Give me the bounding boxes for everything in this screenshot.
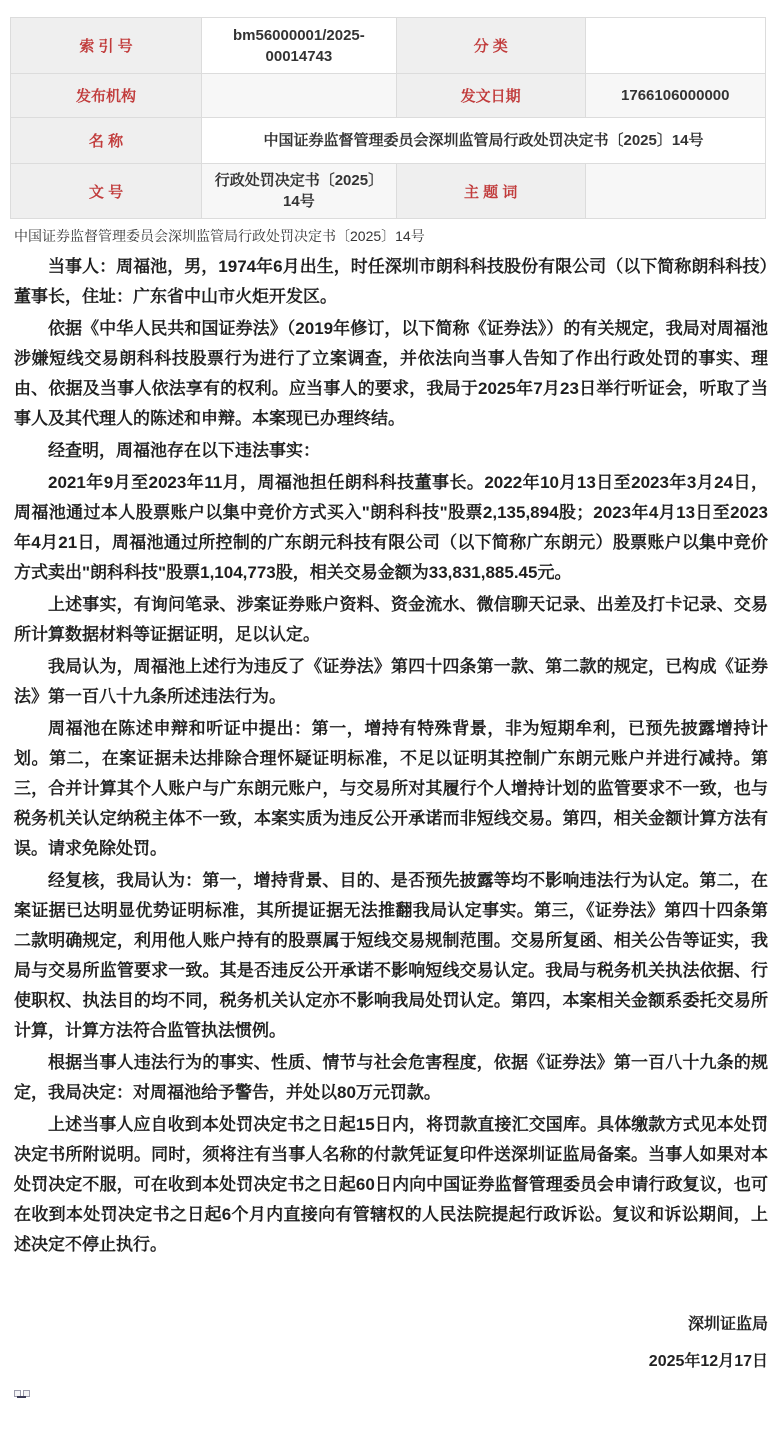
paragraph-review: 经复核，我局认为：第一，增持背景、目的、是否预先披露等均不影响违法行为认定。第二… <box>14 866 768 1046</box>
table-row: 发布机构 发文日期 1766106000000 <box>11 74 766 118</box>
issuing-agency-value <box>202 74 397 118</box>
document-number-value: 行政处罚决定书〔2025〕14号 <box>202 164 397 219</box>
paragraph-findings-intro: 经查明，周福池存在以下违法事实： <box>14 436 768 466</box>
subject-words-label: 主 题 词 <box>396 164 585 219</box>
paragraph-evidence: 上述事实，有询问笔录、涉案证券账户资料、资金流水、微信聊天记录、出差及打卡记录、… <box>14 590 768 650</box>
paragraph-violation: 我局认为，周福池上述行为违反了《证券法》第四十四条第一款、第二款的规定，已构成《… <box>14 652 768 712</box>
table-row: 名 称 中国证券监督管理委员会深圳监管局行政处罚决定书〔2025〕14号 <box>11 118 766 164</box>
document-page: 索 引 号 bm56000001/2025-00014743 分 类 发布机构 … <box>0 17 782 1435</box>
document-name-label: 名 称 <box>11 118 202 164</box>
paragraph-parties: 当事人：周福池，男，1974年6月出生，时任深圳市朗科科技股份有限公司（以下简称… <box>14 252 768 312</box>
signature-org: 深圳证监局 <box>0 1306 768 1343</box>
signature-block: 深圳证监局 2025年12月17日 <box>0 1306 768 1380</box>
document-title: 中国证券监督管理委员会深圳监管局行政处罚决定书〔2025〕14号 <box>14 223 768 249</box>
category-label: 分 类 <box>396 18 585 74</box>
document-name-value: 中国证券监督管理委员会深圳监管局行政处罚决定书〔2025〕14号 <box>202 118 766 164</box>
paragraph-decision: 根据当事人违法行为的事实、性质、情节与社会危害程度，依据《证券法》第一百八十九条… <box>14 1048 768 1108</box>
paragraph-payment-appeal: 上述当事人应自收到本处罚决定书之日起15日内，将罚款直接汇交国库。具体缴款方式见… <box>14 1110 768 1260</box>
table-row: 文 号 行政处罚决定书〔2025〕14号 主 题 词 <box>11 164 766 219</box>
document-body: 中国证券监督管理委员会深圳监管局行政处罚决定书〔2025〕14号 当事人：周福池… <box>14 223 768 1260</box>
metadata-table: 索 引 号 bm56000001/2025-00014743 分 类 发布机构 … <box>10 17 766 219</box>
broken-image-icon <box>14 1390 30 1400</box>
paragraph-legal-basis: 依据《中华人民共和国证券法》（2019年修订，以下简称《证券法》）的有关规定，我… <box>14 314 768 434</box>
paragraph-facts: 2021年9月至2023年11月，周福池担任朗科科技董事长。2022年10月13… <box>14 468 768 588</box>
table-row: 索 引 号 bm56000001/2025-00014743 分 类 <box>11 18 766 74</box>
issue-date-label: 发文日期 <box>396 74 585 118</box>
category-value <box>585 18 765 74</box>
index-number-value: bm56000001/2025-00014743 <box>202 18 397 74</box>
signature-date: 2025年12月17日 <box>0 1343 768 1380</box>
index-number-label: 索 引 号 <box>11 18 202 74</box>
issuing-agency-label: 发布机构 <box>11 74 202 118</box>
document-number-label: 文 号 <box>11 164 202 219</box>
paragraph-defense: 周福池在陈述申辩和听证中提出：第一，增持有特殊背景，非为短期牟利，已预先披露增持… <box>14 714 768 864</box>
subject-words-value <box>585 164 765 219</box>
issue-date-value: 1766106000000 <box>585 74 765 118</box>
